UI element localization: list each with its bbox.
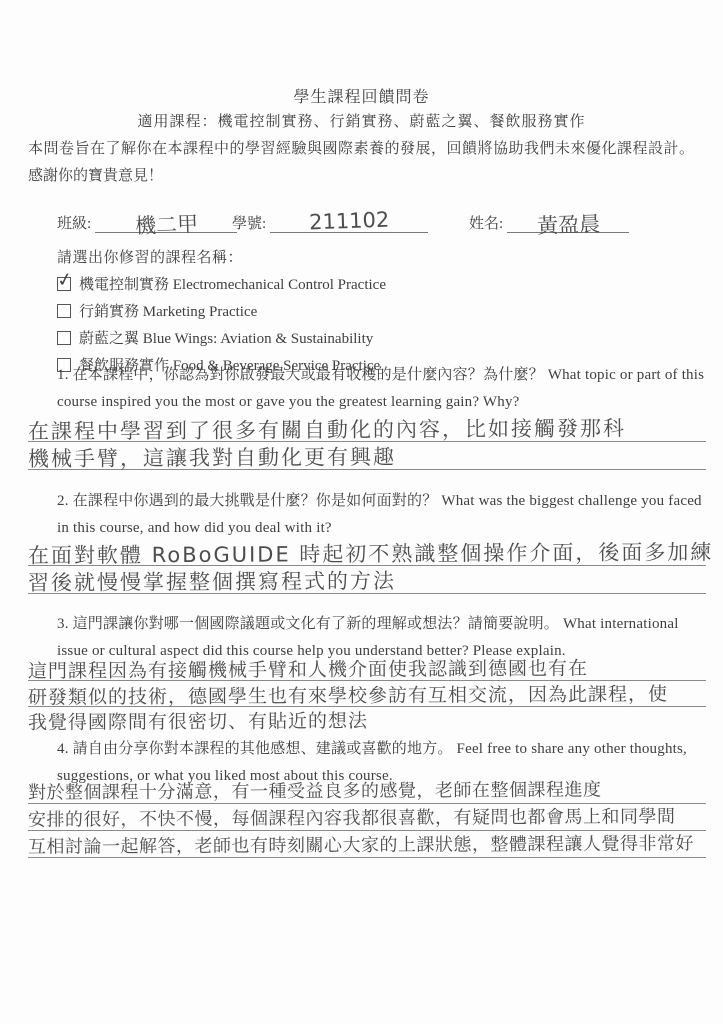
handwritten-text: 研發類似的技術，德國學生也有來學校參訪有互相交流，因為此課程，使 — [28, 679, 668, 709]
student-id-field: 學號: 211102 — [232, 206, 428, 233]
handwritten-text: 互相討論一起解答，老師也有時刻關心大家的上課狀態，整體課程讓人覺得非常好 — [28, 829, 694, 858]
questionnaire-page: 學生課程回饋問卷 適用課程：機電控制實務、行銷實務、蔚藍之翼、餐飲服務實作 本問… — [0, 0, 723, 1024]
answer-line[interactable]: 研發類似的技術，德國學生也有來學校參訪有互相交流，因為此課程，使 — [28, 681, 706, 707]
question-2-prompt: 2. 在課程中你遇到的最大挑戰是什麼？你是如何面對的？ What was the… — [57, 488, 707, 542]
answer-line[interactable]: 在面對軟體 RoBoGUIDE 時起初不熟識整個操作介面，後面多加練 — [28, 538, 706, 566]
checkmark-icon: ✓ — [55, 267, 75, 291]
course-option-label: 行銷實務 Marketing Practice — [79, 300, 257, 321]
student-id-handwritten-value: 211102 — [309, 208, 390, 235]
question-2-answer: 在面對軟體 RoBoGUIDE 時起初不熟識整個操作介面，後面多加練 習後就慢慢… — [28, 538, 706, 594]
handwritten-text: 習後就慢慢掌握整個撰寫程式的方法 — [28, 565, 396, 597]
question-1-answer: 在課程中學習到了很多有關自動化的內容，比如接觸發那科 機械手臂，這讓我對自動化更… — [28, 414, 706, 470]
form-title: 學生課程回饋問卷 — [0, 84, 723, 107]
handwritten-text: 機械手臂，這讓我對自動化更有興趣 — [28, 441, 396, 473]
intro-text-line2: 感謝你的寶貴意見！ — [28, 164, 708, 185]
intro-text-line1: 本問卷旨在了解你在本課程中的學習經驗與國際素養的發展，回饋將協助我們未來優化課程… — [28, 137, 708, 158]
answer-line[interactable]: 對於整個課程十分滿意，有一種受益良多的感覺，老師在整個課程進度 — [28, 777, 706, 804]
answer-line[interactable]: 安排的很好，不快不慢，每個課程內容我都很喜歡，有疑問也都會馬上和同學間 — [28, 804, 706, 831]
name-handwritten-value: 黃盈晨 — [536, 208, 600, 240]
name-input[interactable]: 黃盈晨 — [507, 206, 629, 233]
checkbox-icon: ✓ — [57, 331, 71, 345]
question-3-answer: 這門課程因為有接觸機械手臂和人機介面使我認識到德國也有在 研發類似的技術，德國學… — [28, 655, 706, 732]
handwritten-text: 安排的很好，不快不慢，每個課程內容我都很喜歡，有疑問也都會馬上和同學間 — [28, 802, 676, 831]
course-option-blue-wings[interactable]: ✓ 蔚藍之翼 Blue Wings: Aviation & Sustainabi… — [57, 324, 386, 351]
answer-line[interactable]: 在課程中學習到了很多有關自動化的內容，比如接觸發那科 — [28, 414, 706, 442]
checkbox-icon: ✓ — [57, 304, 71, 318]
handwritten-text: 我覺得國際間有很密切、有貼近的想法 — [28, 706, 368, 735]
answer-line[interactable]: 我覺得國際間有很密切、有貼近的想法 — [28, 707, 706, 732]
class-handwritten-value: 機二甲 — [134, 208, 198, 240]
class-field-label: 班級: — [57, 216, 91, 232]
name-field-label: 姓名: — [469, 216, 503, 232]
course-option-electromechanical[interactable]: ✓ 機電控制實務 Electromechanical Control Pract… — [57, 270, 386, 297]
handwritten-text: 這門課程因為有接觸機械手臂和人機介面使我認識到德國也有在 — [28, 654, 588, 684]
applicable-courses-subtitle: 適用課程：機電控制實務、行銷實務、蔚藍之翼、餐飲服務實作 — [0, 110, 723, 131]
answer-line[interactable]: 這門課程因為有接觸機械手臂和人機介面使我認識到德國也有在 — [28, 655, 706, 681]
question-4-answer: 對於整個課程十分滿意，有一種受益良多的感覺，老師在整個課程進度 安排的很好，不快… — [28, 777, 706, 858]
student-id-input[interactable]: 211102 — [270, 206, 428, 233]
handwritten-text: 對於整個課程十分滿意，有一種受益良多的感覺，老師在整個課程進度 — [28, 775, 602, 804]
answer-line[interactable]: 習後就慢慢掌握整個撰寫程式的方法 — [28, 566, 706, 594]
course-option-label: 機電控制實務 Electromechanical Control Practic… — [79, 273, 386, 294]
course-select-prompt: 請選出你修習的課程名稱： — [57, 246, 243, 267]
answer-line[interactable]: 互相討論一起解答，老師也有時刻關心大家的上課狀態，整體課程讓人覺得非常好 — [28, 831, 706, 858]
class-input[interactable]: 機二甲 — [95, 206, 237, 233]
student-info-row: 班級: 機二甲 學號: 211102 姓名: 黃盈晨 — [57, 193, 697, 233]
checkbox-icon: ✓ — [57, 277, 71, 291]
name-field: 姓名: 黃盈晨 — [469, 206, 629, 233]
student-id-field-label: 學號: — [232, 216, 266, 232]
course-option-label: 蔚藍之翼 Blue Wings: Aviation & Sustainabili… — [79, 327, 373, 348]
question-1-prompt: 1. 在本課程中，你認為對你啟發最大或最有收穫的是什麼內容？為什麼？ What … — [57, 362, 707, 416]
course-option-marketing[interactable]: ✓ 行銷實務 Marketing Practice — [57, 297, 386, 324]
class-field: 班級: 機二甲 — [57, 206, 237, 233]
answer-line[interactable]: 機械手臂，這讓我對自動化更有興趣 — [28, 442, 706, 470]
